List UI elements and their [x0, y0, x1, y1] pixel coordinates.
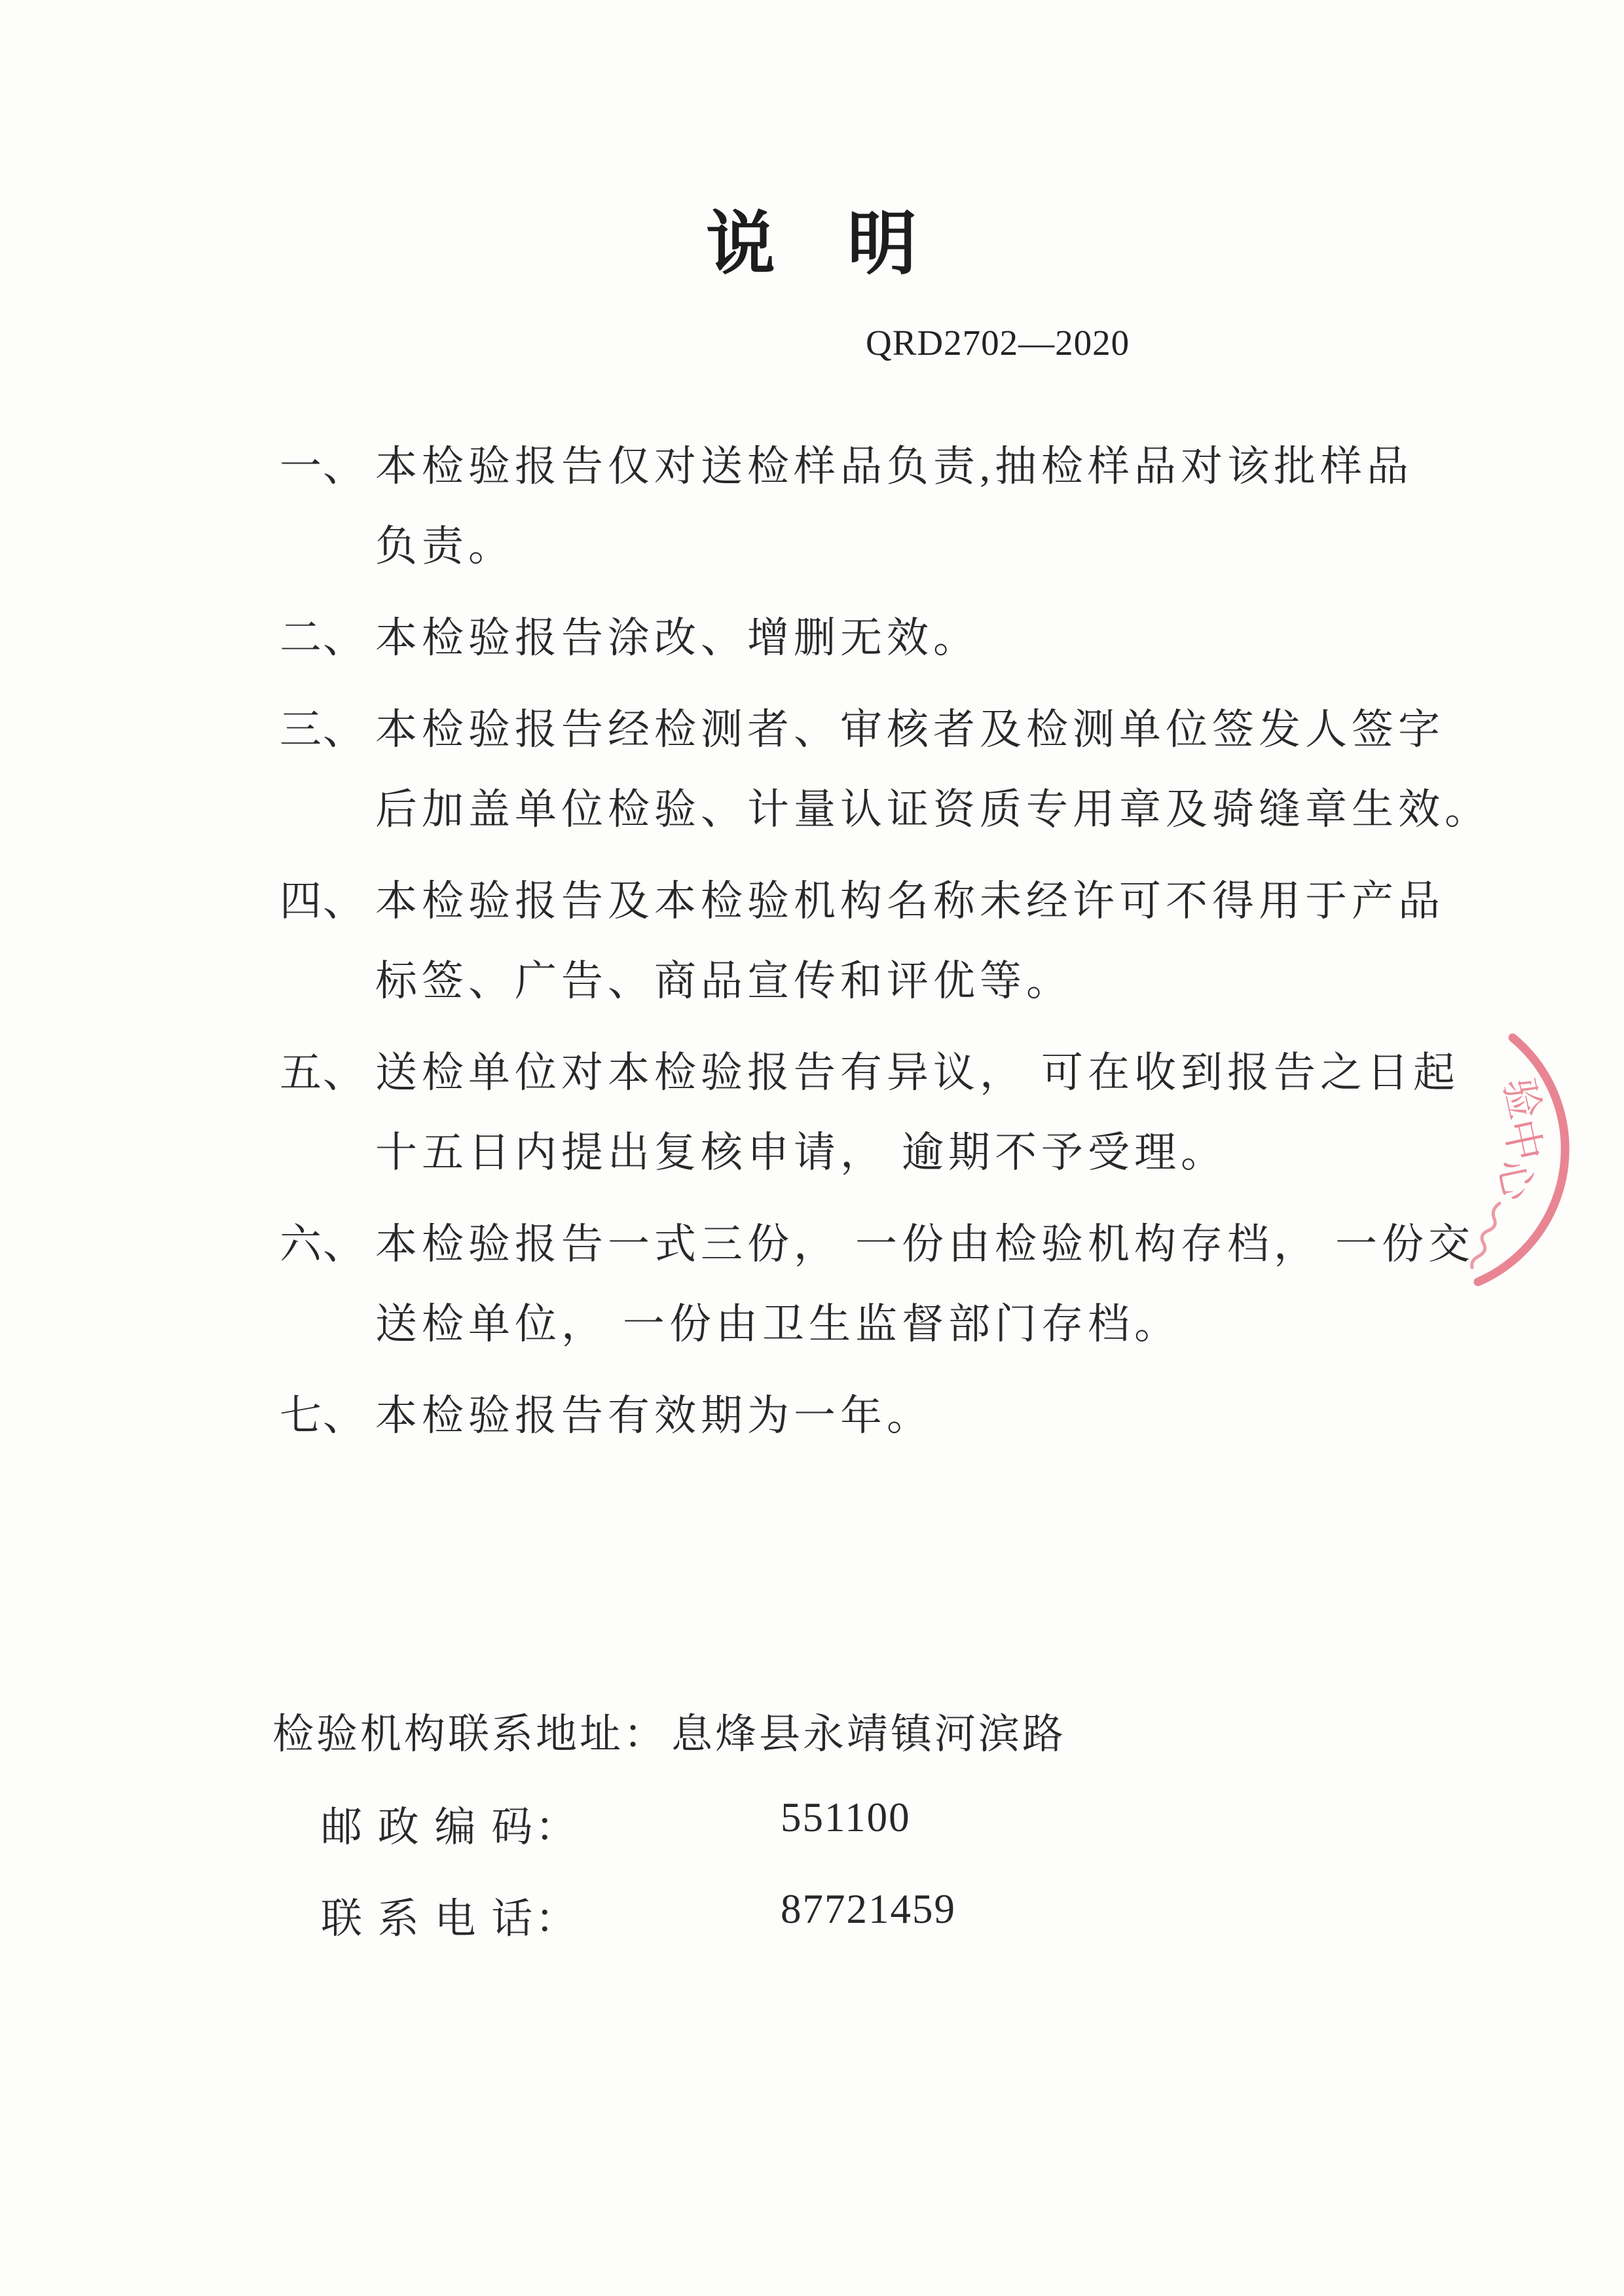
list-item-5: 五、 送检单位对本检验报告有异议， 可在收到报告之日起 十五日内提出复核申请， … [280, 1033, 1458, 1193]
item-line: 十五日内提出复核申请， 逾期不予受理。 [375, 1113, 1458, 1193]
list-item-7: 七、 本检验报告有效期为一年。 [280, 1376, 1458, 1456]
list-item-4: 四、 本检验报告及本检验机构名称未经许可不得用于产品 标签、广告、商品宣传和评优… [280, 862, 1458, 1021]
item-line: 送检单位， 一份由卫生监督部门存档。 [375, 1285, 1458, 1364]
item-number: 一、 [280, 427, 366, 507]
item-line: 本检验报告一式三份， 一份由检验机构存档， 一份交 [375, 1205, 1458, 1285]
notes-list: 一、 本检验报告仅对送检样品负责,抽检样品对该批样品 负责。 二、 本检验报告涂… [280, 427, 1458, 1468]
item-number: 五、 [280, 1033, 366, 1113]
list-item-6: 六、 本检验报告一式三份， 一份由检验机构存档， 一份交 送检单位， 一份由卫生… [280, 1205, 1458, 1364]
list-item-1: 一、 本检验报告仅对送检样品负责,抽检样品对该批样品 负责。 [280, 427, 1458, 587]
item-line: 负责。 [375, 507, 1458, 587]
item-number: 四、 [280, 862, 366, 941]
address-value: 息烽县永靖镇河滨路 [671, 1711, 1066, 1757]
seal-stamp-icon: 验 中 心 [1401, 1000, 1624, 1302]
list-item-2: 二、 本检验报告涂改、增删无效。 [280, 598, 1458, 678]
phone-label: 联 系 电 话： [321, 1896, 579, 1942]
page-title: 说 明 [0, 207, 1624, 283]
doc-code: QRD2702—2020 [866, 322, 1130, 363]
postcode-label: 邮 政 编 码： [321, 1804, 579, 1850]
item-line: 本检验报告仅对送检样品负责,抽检样品对该批样品 [375, 427, 1458, 507]
address-label: 检验机构联系地址： [272, 1711, 667, 1757]
item-line: 本检验报告及本检验机构名称未经许可不得用于产品 [375, 862, 1458, 941]
contact-address-row: 检验机构联系地址：息烽县永靖镇河滨路 [272, 1701, 1189, 1760]
phone-value: 87721459 [781, 1886, 956, 1933]
list-item-3: 三、 本检验报告经检测者、审核者及检测单位签发人签字 后加盖单位检验、计量认证资… [280, 690, 1458, 850]
item-line: 本检验报告涂改、增删无效。 [375, 598, 1458, 678]
item-line: 后加盖单位检验、计量认证资质专用章及骑缝章生效。 [375, 770, 1458, 850]
postcode-value: 551100 [781, 1794, 911, 1842]
seal-script-squiggle [1472, 1203, 1500, 1267]
document-page: 说 明 QRD2702—2020 一、 本检验报告仅对送检样品负责,抽检样品对该… [0, 0, 1624, 2296]
seal-char: 心 [1488, 1156, 1541, 1206]
item-line: 标签、广告、商品宣传和评优等。 [375, 941, 1458, 1021]
item-number: 六、 [280, 1205, 366, 1285]
item-line: 本检验报告经检测者、审核者及检测单位签发人签字 [375, 690, 1458, 770]
contact-postcode-row: 邮 政 编 码： 551100 [321, 1794, 1238, 1853]
item-line: 送检单位对本检验报告有异议， 可在收到报告之日起 [375, 1033, 1458, 1113]
item-number: 三、 [280, 690, 366, 770]
contact-phone-row: 联 系 电 话： 87721459 [321, 1886, 1238, 1945]
item-number: 二、 [280, 598, 366, 678]
item-number: 七、 [280, 1376, 366, 1456]
item-line: 本检验报告有效期为一年。 [375, 1376, 1458, 1456]
